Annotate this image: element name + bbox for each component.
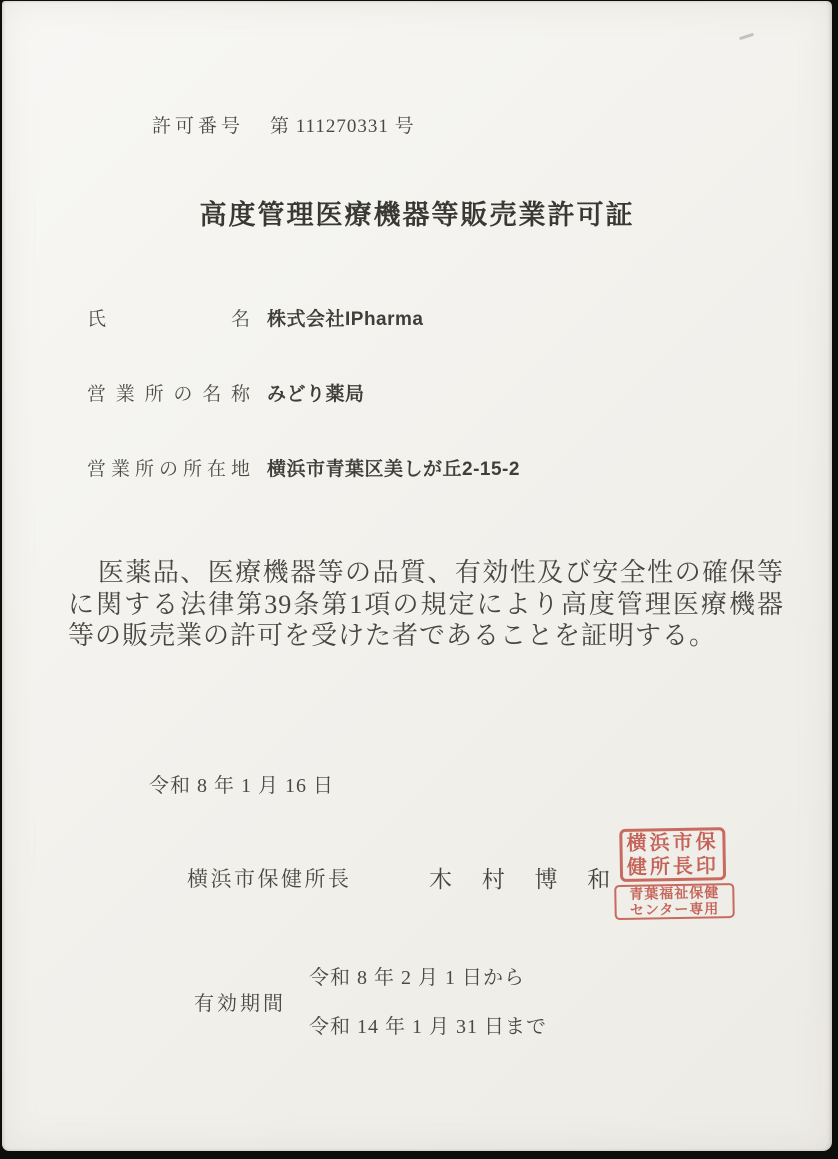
issuer-name: 木 村 博 和 — [429, 861, 622, 894]
seal-bottom-line2: センター専用 — [630, 901, 720, 918]
field-value-office-name: みどり薬局 — [267, 379, 365, 406]
field-label-name: 氏名 — [87, 304, 250, 331]
permit-number-value: 第 111270331 号 — [270, 111, 415, 138]
field-label-office-address: 営業所の所在地 — [87, 454, 250, 481]
validity-from-date: 令和 8 年 2 月 1 日から — [309, 961, 547, 990]
permit-number-line: 許可番号 第 111270331 号 — [152, 111, 415, 138]
certification-body-text: 医薬品、医療機器等の品質、有効性及び安全性の確保等に関する法律第39条第1項の規… — [68, 557, 784, 652]
field-row-office-address: 営業所の所在地 横浜市青葉区美しが丘2-15-2 — [87, 454, 520, 481]
field-label-office-name: 営業所の名称 — [87, 379, 250, 406]
validity-to-date: 令和 14 年 1 月 31 日まで — [309, 1010, 547, 1039]
validity-period-dates: 令和 8 年 2 月 1 日から 令和 14 年 1 月 31 日まで — [309, 961, 547, 1039]
certificate-title: 高度管理医療機器等販売業許可証 — [2, 193, 832, 232]
seal-director-stamp: 横浜市保 健所長印 — [619, 827, 726, 882]
validity-period-label: 有効期間 — [194, 987, 307, 1039]
seal-center-stamp: 青葉福祉保健 センター専用 — [614, 883, 735, 920]
field-value-office-address: 横浜市青葉区美しが丘2-15-2 — [267, 454, 520, 481]
certificate-paper: 許可番号 第 111270331 号 高度管理医療機器等販売業許可証 氏名 株式… — [2, 1, 832, 1151]
issuer-title: 横浜市保健所長 — [187, 863, 352, 893]
official-red-seal: 横浜市保 健所長印 青葉福祉保健 センター専用 — [613, 827, 741, 920]
scan-smudge-mark — [739, 33, 754, 40]
field-row-office-name: 営業所の名称 みどり薬局 — [87, 379, 365, 406]
field-value-name: 株式会社IPharma — [267, 304, 423, 331]
validity-period-section: 有効期間 令和 8 年 2 月 1 日から 令和 14 年 1 月 31 日まで — [194, 961, 547, 1039]
seal-top-line2: 健所長印 — [627, 854, 719, 880]
issue-date: 令和 8 年 1 月 16 日 — [149, 769, 334, 798]
seal-top-line1: 横浜市保 — [626, 830, 718, 856]
permit-number-label: 許可番号 — [152, 111, 244, 138]
field-row-name: 氏名 株式会社IPharma — [87, 304, 423, 331]
